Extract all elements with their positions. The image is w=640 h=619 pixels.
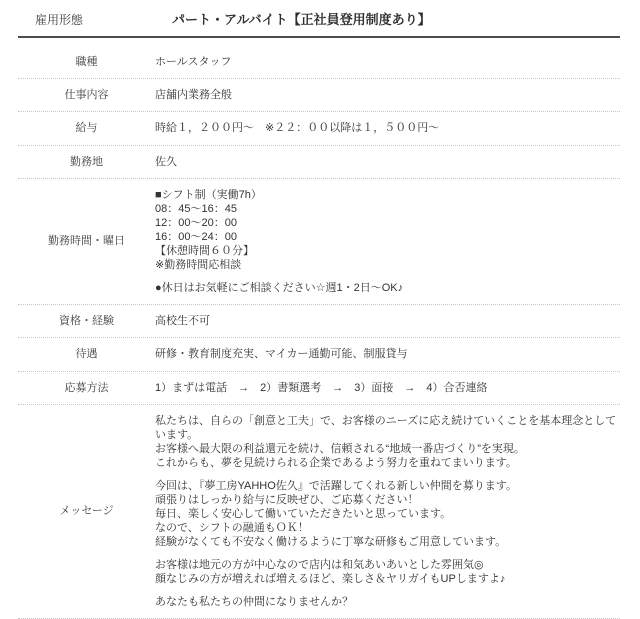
salary-label: 給与 — [18, 121, 155, 135]
row-job-description: 仕事内容 店舗内業務全般 — [18, 79, 620, 112]
job-description-label: 仕事内容 — [18, 88, 155, 102]
message-value: 私たちは、自らの「創意と工夫」で、お客様のニーズに応え続けていくことを基本理念と… — [155, 414, 620, 609]
benefits-value: 研修・教育制度充実、マイカー通勤可能、制服貸与 — [155, 347, 620, 361]
employment-type-value: パート・アルバイト【正社員登用制度あり】 — [172, 12, 620, 29]
row-salary: 給与 時給１，２００円～ ※２２：００以降は１，５００円～ — [18, 112, 620, 145]
row-work-location: 勤務地 佐久 — [18, 146, 620, 179]
message-label: メッセージ — [18, 504, 155, 518]
job-description-value: 店舗内業務全般 — [155, 88, 620, 102]
application-method-value: 1）まずは電話 → 2）書類選考 → 3）面接 → 4）合否連絡 — [155, 381, 620, 395]
benefits-label: 待遇 — [18, 347, 155, 361]
job-category-label: 職種 — [18, 55, 155, 69]
salary-value: 時給１，２００円～ ※２２：００以降は１，５００円～ — [155, 121, 620, 135]
application-method-label: 応募方法 — [18, 381, 155, 395]
employment-type-label: 雇用形態 — [18, 13, 172, 29]
row-qualifications: 資格・経験 高校生不可 — [18, 305, 620, 338]
job-detail-table: 雇用形態 パート・アルバイト【正社員登用制度あり】 職種 ホールスタッフ 仕事内… — [18, 0, 620, 619]
row-work-hours: 勤務時間・曜日 ■シフト制（実働7h）08：45～16：4512：00～20：0… — [18, 179, 620, 305]
work-location-value: 佐久 — [155, 155, 620, 169]
work-hours-label: 勤務時間・曜日 — [18, 234, 155, 248]
job-category-value: ホールスタッフ — [155, 55, 620, 69]
row-job-category: 職種 ホールスタッフ — [18, 46, 620, 79]
row-benefits: 待遇 研修・教育制度充実、マイカー通勤可能、制服貸与 — [18, 338, 620, 371]
row-employment-type: 雇用形態 パート・アルバイト【正社員登用制度あり】 — [18, 6, 620, 38]
work-location-label: 勤務地 — [18, 155, 155, 169]
qualifications-label: 資格・経験 — [18, 314, 155, 328]
row-message: メッセージ 私たちは、自らの「創意と工夫」で、お客様のニーズに応え続けていくこと… — [18, 405, 620, 619]
qualifications-value: 高校生不可 — [155, 314, 620, 328]
work-hours-value: ■シフト制（実働7h）08：45～16：4512：00～20：0016：00～2… — [155, 188, 620, 295]
row-application-method: 応募方法 1）まずは電話 → 2）書類選考 → 3）面接 → 4）合否連絡 — [18, 372, 620, 405]
